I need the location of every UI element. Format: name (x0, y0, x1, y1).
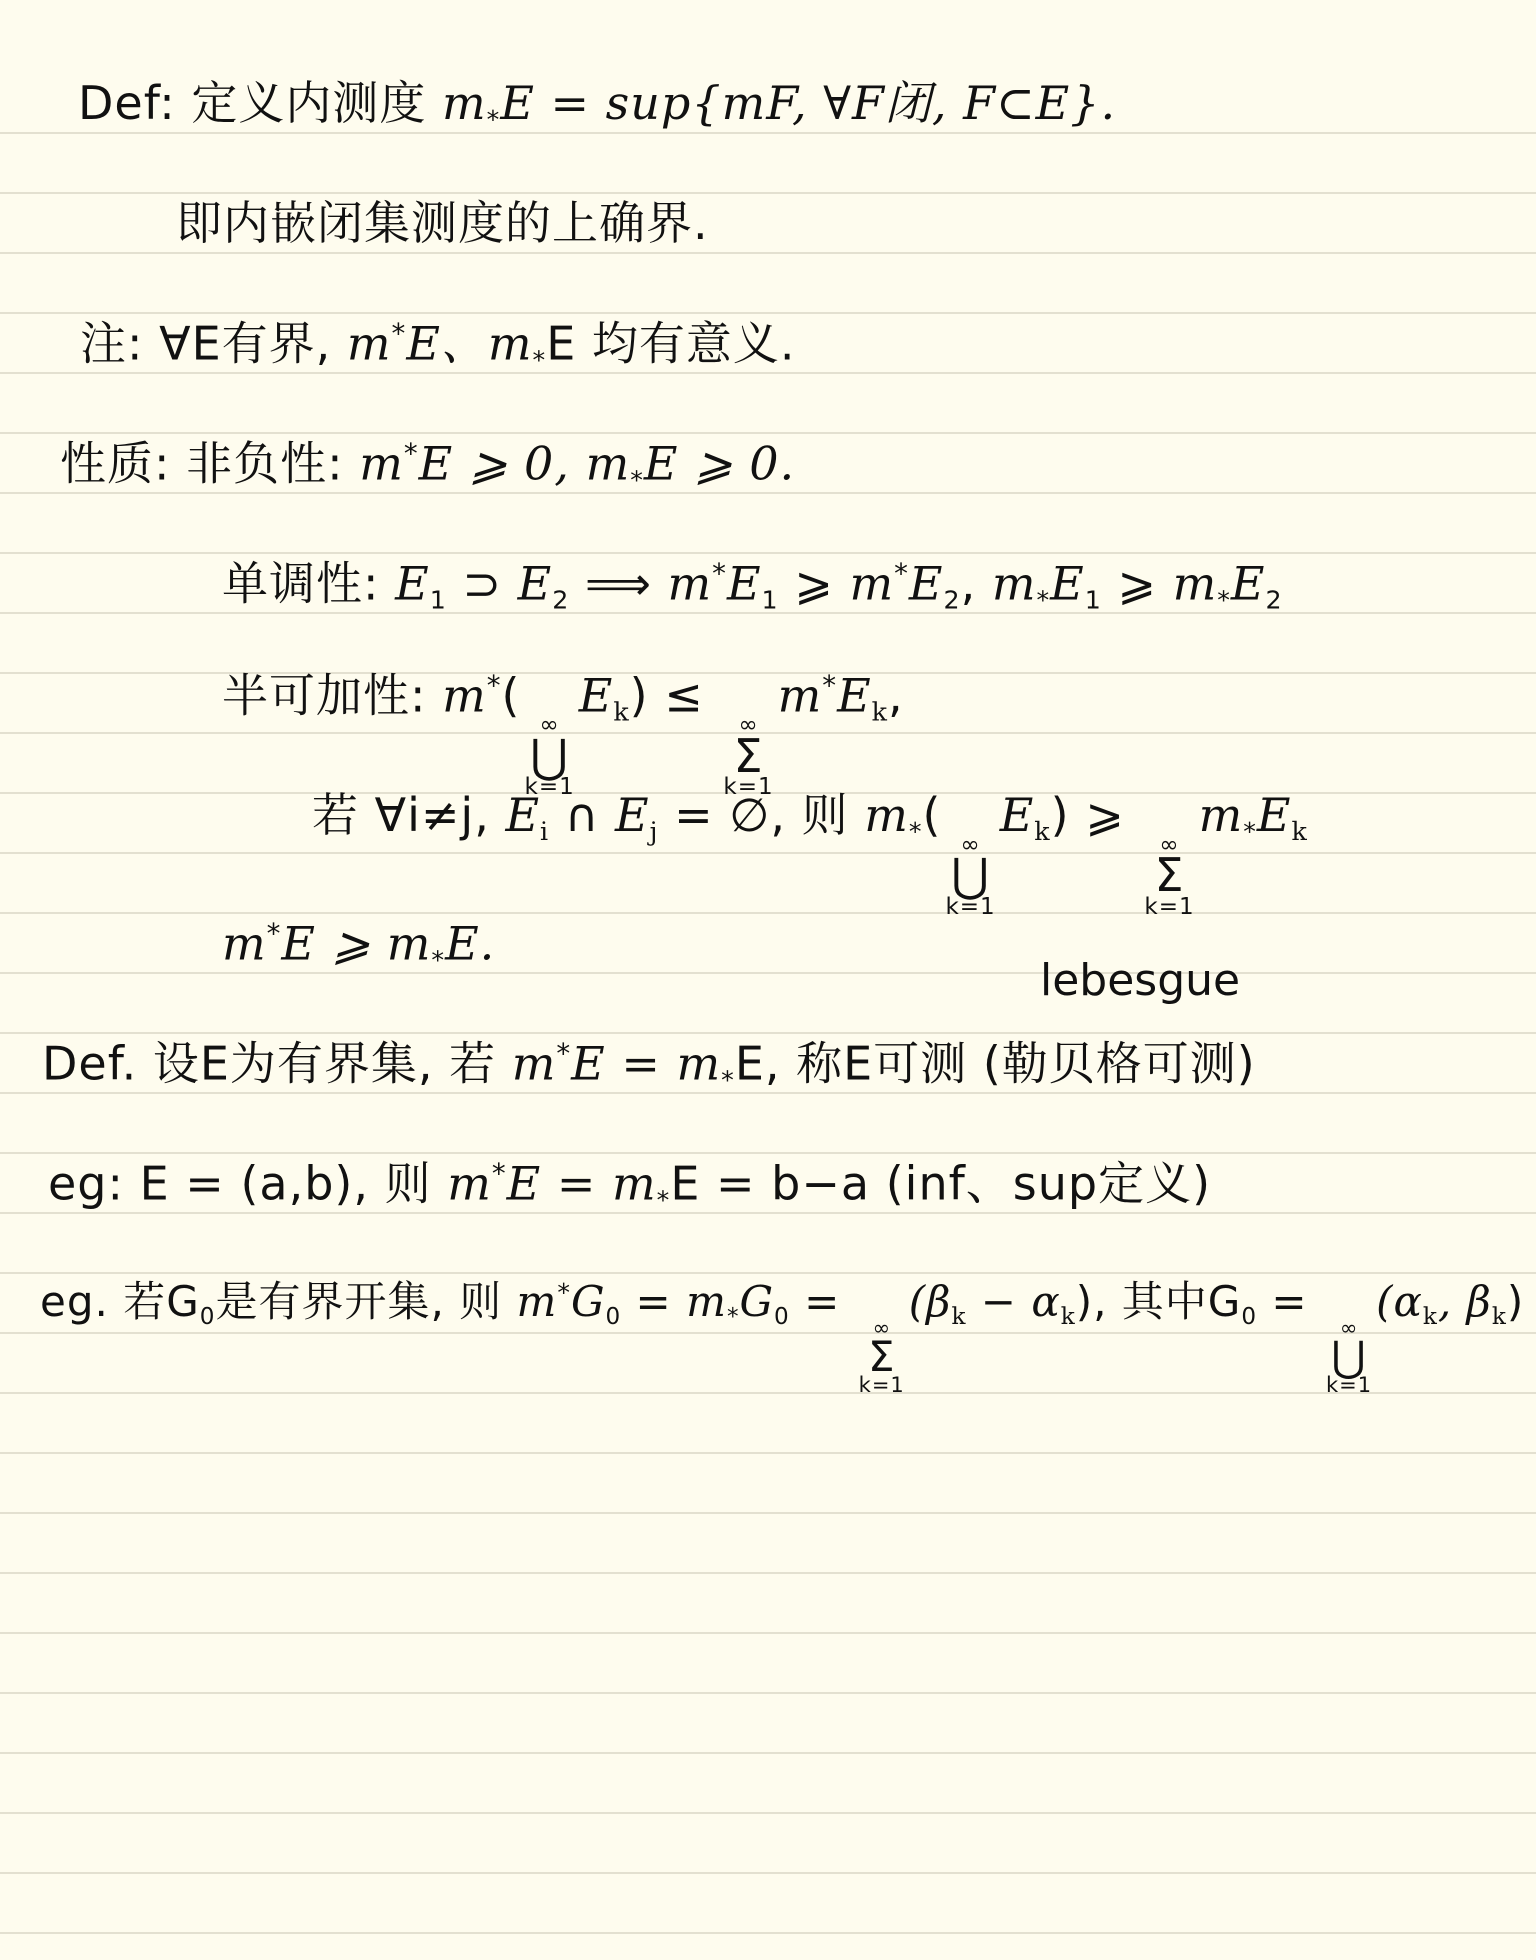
E-symbol: E (1231, 557, 1266, 611)
leq-symbol: ≤ (649, 669, 720, 723)
def-prefix: Def: 定义内测度 (78, 76, 442, 130)
big-sum: ∞Σk=1 (859, 1319, 905, 1395)
subscript-star: * (630, 465, 644, 494)
close-paren: ) (1051, 788, 1070, 842)
outer-measure-m: m (512, 1037, 557, 1091)
ruled-line (0, 552, 1536, 554)
big-union: ∞⋃k=1 (1326, 1319, 1372, 1395)
equals: = (1257, 1277, 1322, 1326)
union-symbol: ⋃ (951, 855, 990, 896)
cap-symbol: ∩ (549, 788, 615, 842)
superscript-star: * (712, 557, 727, 590)
comma: , (961, 557, 992, 611)
outer-measure-m: m (517, 1277, 558, 1326)
alpha-term: (α (1376, 1277, 1423, 1326)
property-prefix: 性质: 非负性: (60, 437, 359, 491)
equation-mid: E = (507, 1157, 612, 1211)
subscript-k: k (872, 697, 888, 726)
union-symbol: ⋃ (530, 736, 569, 777)
subscript-star: * (431, 945, 445, 974)
geq-symbol: ⩾ (1070, 788, 1141, 842)
ruled-lines (0, 0, 1536, 1960)
supset-symbol: ⊃ (447, 557, 518, 611)
superscript-star: * (392, 317, 407, 350)
big-union: ∞⋃k=1 (945, 835, 995, 918)
inner-measure-m: m (387, 917, 432, 971)
subscript-k: k (1423, 1304, 1438, 1330)
ruled-line (0, 1272, 1536, 1274)
example-prefix: eg. 若G (40, 1277, 200, 1326)
ruled-line (0, 312, 1536, 314)
big-union: ∞⋃k=1 (525, 715, 575, 798)
subadditivity-label: 半可加性: (222, 669, 442, 723)
big-sum: ∞Σk=1 (723, 715, 773, 798)
ruled-line (0, 1512, 1536, 1514)
inner-measure-m: m (992, 557, 1037, 611)
lower-limit: k=1 (1326, 1376, 1372, 1395)
outer-measure-m: m (849, 557, 894, 611)
subscript-k: k (1034, 817, 1050, 846)
lower-limit: k=1 (1144, 897, 1194, 918)
star-subscript: * (487, 105, 501, 134)
outer-measure-m: m (347, 317, 392, 371)
subscript-1: 1 (430, 585, 447, 614)
inner-measure-m: m (1199, 788, 1244, 842)
outer-geq-inner: m*E ⩾ m*E. (222, 920, 495, 973)
note-suffix: E 均有意义. (546, 317, 795, 371)
example-suffix: E = b−a (inf、sup定义) (670, 1157, 1211, 1211)
open-paren: ( (502, 669, 521, 723)
subscript-1: 1 (1085, 585, 1102, 614)
example-mid: 是有界开集, 则 (215, 1277, 516, 1326)
condition-prefix: 若 ∀i≠j, (312, 788, 505, 842)
superscript-star: * (487, 669, 502, 702)
G-symbol: G (571, 1277, 606, 1326)
property-monotonicity: 单调性: E1 ⊃ E2 ⟹ m*E1 ⩾ m*E2, m*E1 ⩾ m*E2 (222, 560, 1283, 613)
E-symbol: E (1257, 788, 1292, 842)
inequality-suffix: E. (445, 917, 495, 971)
ruled-line (0, 1152, 1536, 1154)
subscript-1: 1 (762, 585, 779, 614)
ruled-line (0, 1032, 1536, 1034)
ruled-line (0, 1452, 1536, 1454)
monotonicity-label: 单调性: (222, 557, 395, 611)
ruled-line (0, 252, 1536, 254)
E-symbol: E (1050, 557, 1085, 611)
def-rest: E = sup{mF, ∀F闭, F⊂E}. (500, 76, 1116, 130)
comma: , (888, 669, 904, 723)
inequality-mid: E ⩾ (281, 917, 386, 971)
E-symbol: E (909, 557, 944, 611)
subscript-k: k (1061, 1304, 1076, 1330)
annotation-text: lebesgue (1040, 955, 1240, 1006)
inner-measure-m: m (1173, 557, 1218, 611)
inner-measure-m: m (612, 1157, 657, 1211)
minus-alpha: − α (966, 1277, 1060, 1326)
sum-symbol: Σ (734, 736, 764, 777)
ruled-line (0, 1872, 1536, 1874)
close-paren: ) (1076, 1277, 1093, 1326)
subscript-star: * (1036, 585, 1050, 614)
example-open-set: eg. 若G0是有界开集, 则 m*G0 = m*G0 = ∞Σk=1(βk −… (40, 1280, 1524, 1395)
superscript-star: * (894, 557, 909, 590)
outer-measure-m: m (222, 917, 267, 971)
superscript-star: * (404, 437, 419, 470)
empty-set-clause: = ∅, 则 (658, 788, 864, 842)
inner-measure-m: m (864, 788, 909, 842)
superscript-star: * (822, 669, 837, 702)
equals: = (621, 1277, 686, 1326)
big-sum: ∞Σk=1 (1144, 835, 1194, 918)
union-symbol: ⋃ (1331, 1338, 1366, 1376)
property-suffix: E ⩾ 0. (644, 437, 795, 491)
def-suffix: E, 称E可测 (勒贝格可测) (735, 1037, 1256, 1091)
beta-term: (β (909, 1277, 952, 1326)
subscript-2: 2 (943, 585, 960, 614)
outer-measure-m: m (359, 437, 404, 491)
lower-limit: k=1 (945, 897, 995, 918)
lebesgue-annotation: lebesgue (1040, 955, 1240, 1006)
inner-measure-m: m (677, 1037, 722, 1091)
E-symbol: E (395, 557, 430, 611)
subscript-0: 0 (1241, 1304, 1257, 1330)
subscript-k: k (951, 1304, 966, 1330)
note-mid: E、 (406, 317, 488, 371)
geq-symbol: ⩾ (779, 557, 850, 611)
ruled-line (0, 1632, 1536, 1634)
ruled-line (0, 1692, 1536, 1694)
E-symbol: E (615, 788, 650, 842)
subscript-star: * (1243, 817, 1257, 846)
close-paren: ) (630, 669, 649, 723)
inner-measure-m: m (586, 437, 631, 491)
subscript-2: 2 (552, 585, 569, 614)
subscript-k: k (1291, 817, 1307, 846)
subscript-star: * (657, 1185, 671, 1214)
explanation-text: 即内嵌闭集测度的上确界. (176, 196, 709, 250)
ruled-line (0, 432, 1536, 434)
equals: = (790, 1277, 855, 1326)
sum-symbol: Σ (1154, 855, 1184, 896)
E-symbol: E (579, 669, 614, 723)
subscript-0: 0 (606, 1304, 622, 1330)
superscript-star: * (557, 1278, 571, 1307)
subscript-star: * (909, 817, 923, 846)
definition-measurable: Def. 设E为有界集, 若 m*E = m*E, 称E可测 (勒贝格可测) (42, 1040, 1256, 1093)
superscript-star: * (556, 1037, 571, 1070)
property-superadditivity-inner: 若 ∀i≠j, Ei ∩ Ej = ∅, 则 m*(∞⋃k=1Ek) ⩾ ∞Σk… (312, 792, 1308, 917)
subscript-i: i (540, 817, 549, 846)
sum-symbol: Σ (868, 1338, 896, 1376)
superscript-star: * (267, 917, 282, 950)
implies-symbol: ⟹ (569, 557, 667, 611)
example-prefix: eg: E = (a,b), 则 (48, 1157, 447, 1211)
lower-limit: k=1 (859, 1376, 905, 1395)
comma-beta: , β (1438, 1277, 1492, 1326)
outer-measure-m: m (442, 669, 487, 723)
note-bounded: 注: ∀E有界, m*E、m*E 均有意义. (80, 320, 796, 373)
E-symbol: E (727, 557, 762, 611)
property-nonnegativity: 性质: 非负性: m*E ⩾ 0, m*E ⩾ 0. (60, 440, 795, 493)
outer-measure-m: m (447, 1157, 492, 1211)
note-prefix: 注: ∀E有界, (80, 317, 347, 371)
ruled-line (0, 1812, 1536, 1814)
def-prefix: Def. 设E为有界集, 若 (42, 1037, 512, 1091)
open-paren: ( (923, 788, 942, 842)
ruled-line (0, 1752, 1536, 1754)
E-symbol: E (1000, 788, 1035, 842)
subscript-k: k (1492, 1304, 1507, 1330)
equation-mid: E = (571, 1037, 676, 1091)
inner-measure-m: m (488, 317, 533, 371)
example-interval: eg: E = (a,b), 则 m*E = m*E = b−a (inf、su… (48, 1160, 1211, 1213)
superscript-star: * (492, 1157, 507, 1190)
ruled-line (0, 1572, 1536, 1574)
inner-measure-m: m (686, 1277, 727, 1326)
ruled-line (0, 132, 1536, 134)
outer-measure-m: m (778, 669, 823, 723)
property-mid: E ⩾ 0, (419, 437, 586, 491)
subscript-2: 2 (1265, 585, 1282, 614)
subscript-star: * (533, 345, 547, 374)
geq-symbol: ⩾ (1102, 557, 1173, 611)
definition-inner-measure: Def: 定义内测度 m*E = sup{mF, ∀F闭, F⊂E}. (78, 80, 1116, 132)
subscript-star: * (721, 1065, 735, 1094)
subscript-k: k (613, 697, 629, 726)
ruled-line (0, 1932, 1536, 1934)
G-symbol: G (739, 1277, 774, 1326)
E-symbol: E (518, 557, 553, 611)
subscript-0: 0 (774, 1304, 790, 1330)
outer-measure-m: m (668, 557, 713, 611)
subscript-0: 0 (200, 1304, 216, 1330)
E-symbol: E (837, 669, 872, 723)
ruled-line (0, 192, 1536, 194)
m-symbol: m (442, 76, 487, 130)
subscript-star: * (1217, 585, 1231, 614)
E-symbol: E (505, 788, 540, 842)
property-subadditivity: 半可加性: m*(∞⋃k=1Ek) ≤ ∞Σk=1m*Ek, (222, 672, 904, 798)
close-paren: ) (1507, 1277, 1524, 1326)
definition-explanation: 即内嵌闭集测度的上确界. (176, 200, 709, 246)
where-clause: , 其中G (1093, 1277, 1241, 1326)
subscript-star: * (727, 1304, 740, 1330)
